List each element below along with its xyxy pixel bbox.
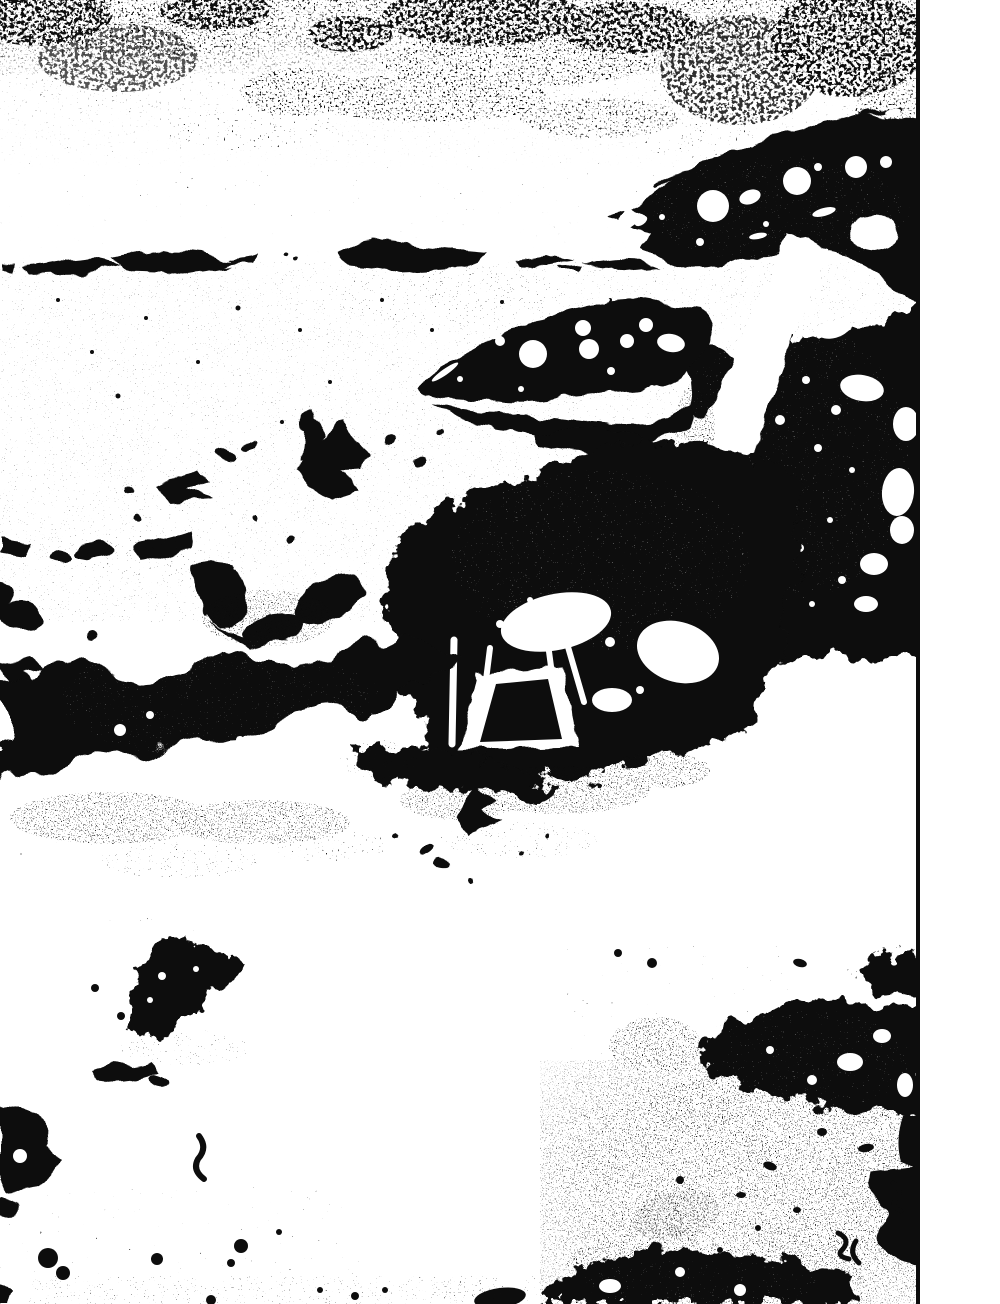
page-margin <box>920 0 1000 1304</box>
panel-border-line <box>916 0 920 1304</box>
manga-page <box>0 0 1000 1304</box>
